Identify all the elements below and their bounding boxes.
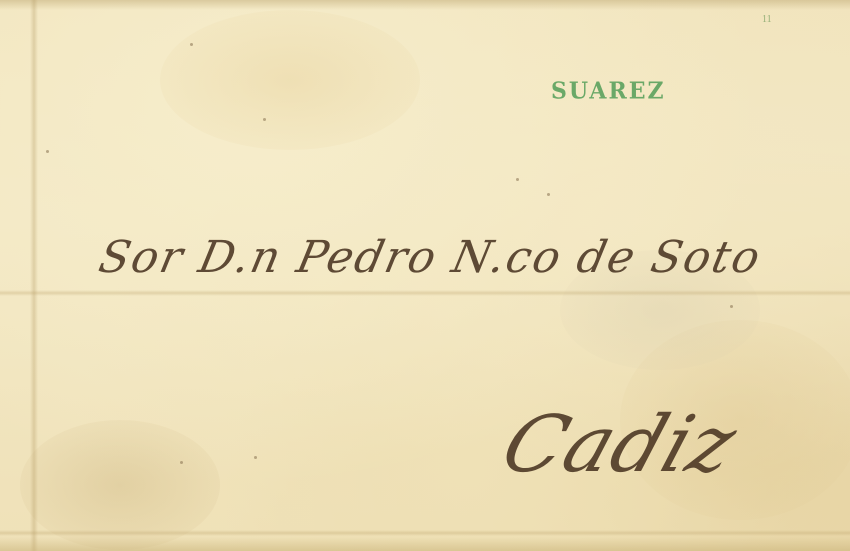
addressee-line: Sor D.n Pedro N.co de Soto: [95, 232, 767, 283]
fold-line: [0, 290, 850, 296]
paper-speck: [730, 305, 733, 308]
paper-speck: [254, 456, 257, 459]
suarez-handstamp: SUAREZ: [551, 77, 666, 104]
letter-cover: 11 SUAREZ Sor D.n Pedro N.co de Soto Cad…: [0, 0, 850, 551]
paper-speck: [547, 193, 550, 196]
corner-mark: 11: [762, 14, 772, 25]
paper-speck: [180, 461, 183, 464]
paper-speck: [190, 43, 193, 46]
destination-city: Cadiz: [491, 400, 747, 490]
paper-top-edge: [0, 0, 850, 10]
paper-speck: [46, 150, 49, 153]
paper-speck: [516, 178, 519, 181]
paper-speck: [263, 118, 266, 121]
paper-stain: [160, 10, 420, 150]
paper-bottom-edge: [0, 537, 850, 551]
fold-line: [30, 0, 38, 551]
fold-line: [0, 530, 850, 536]
